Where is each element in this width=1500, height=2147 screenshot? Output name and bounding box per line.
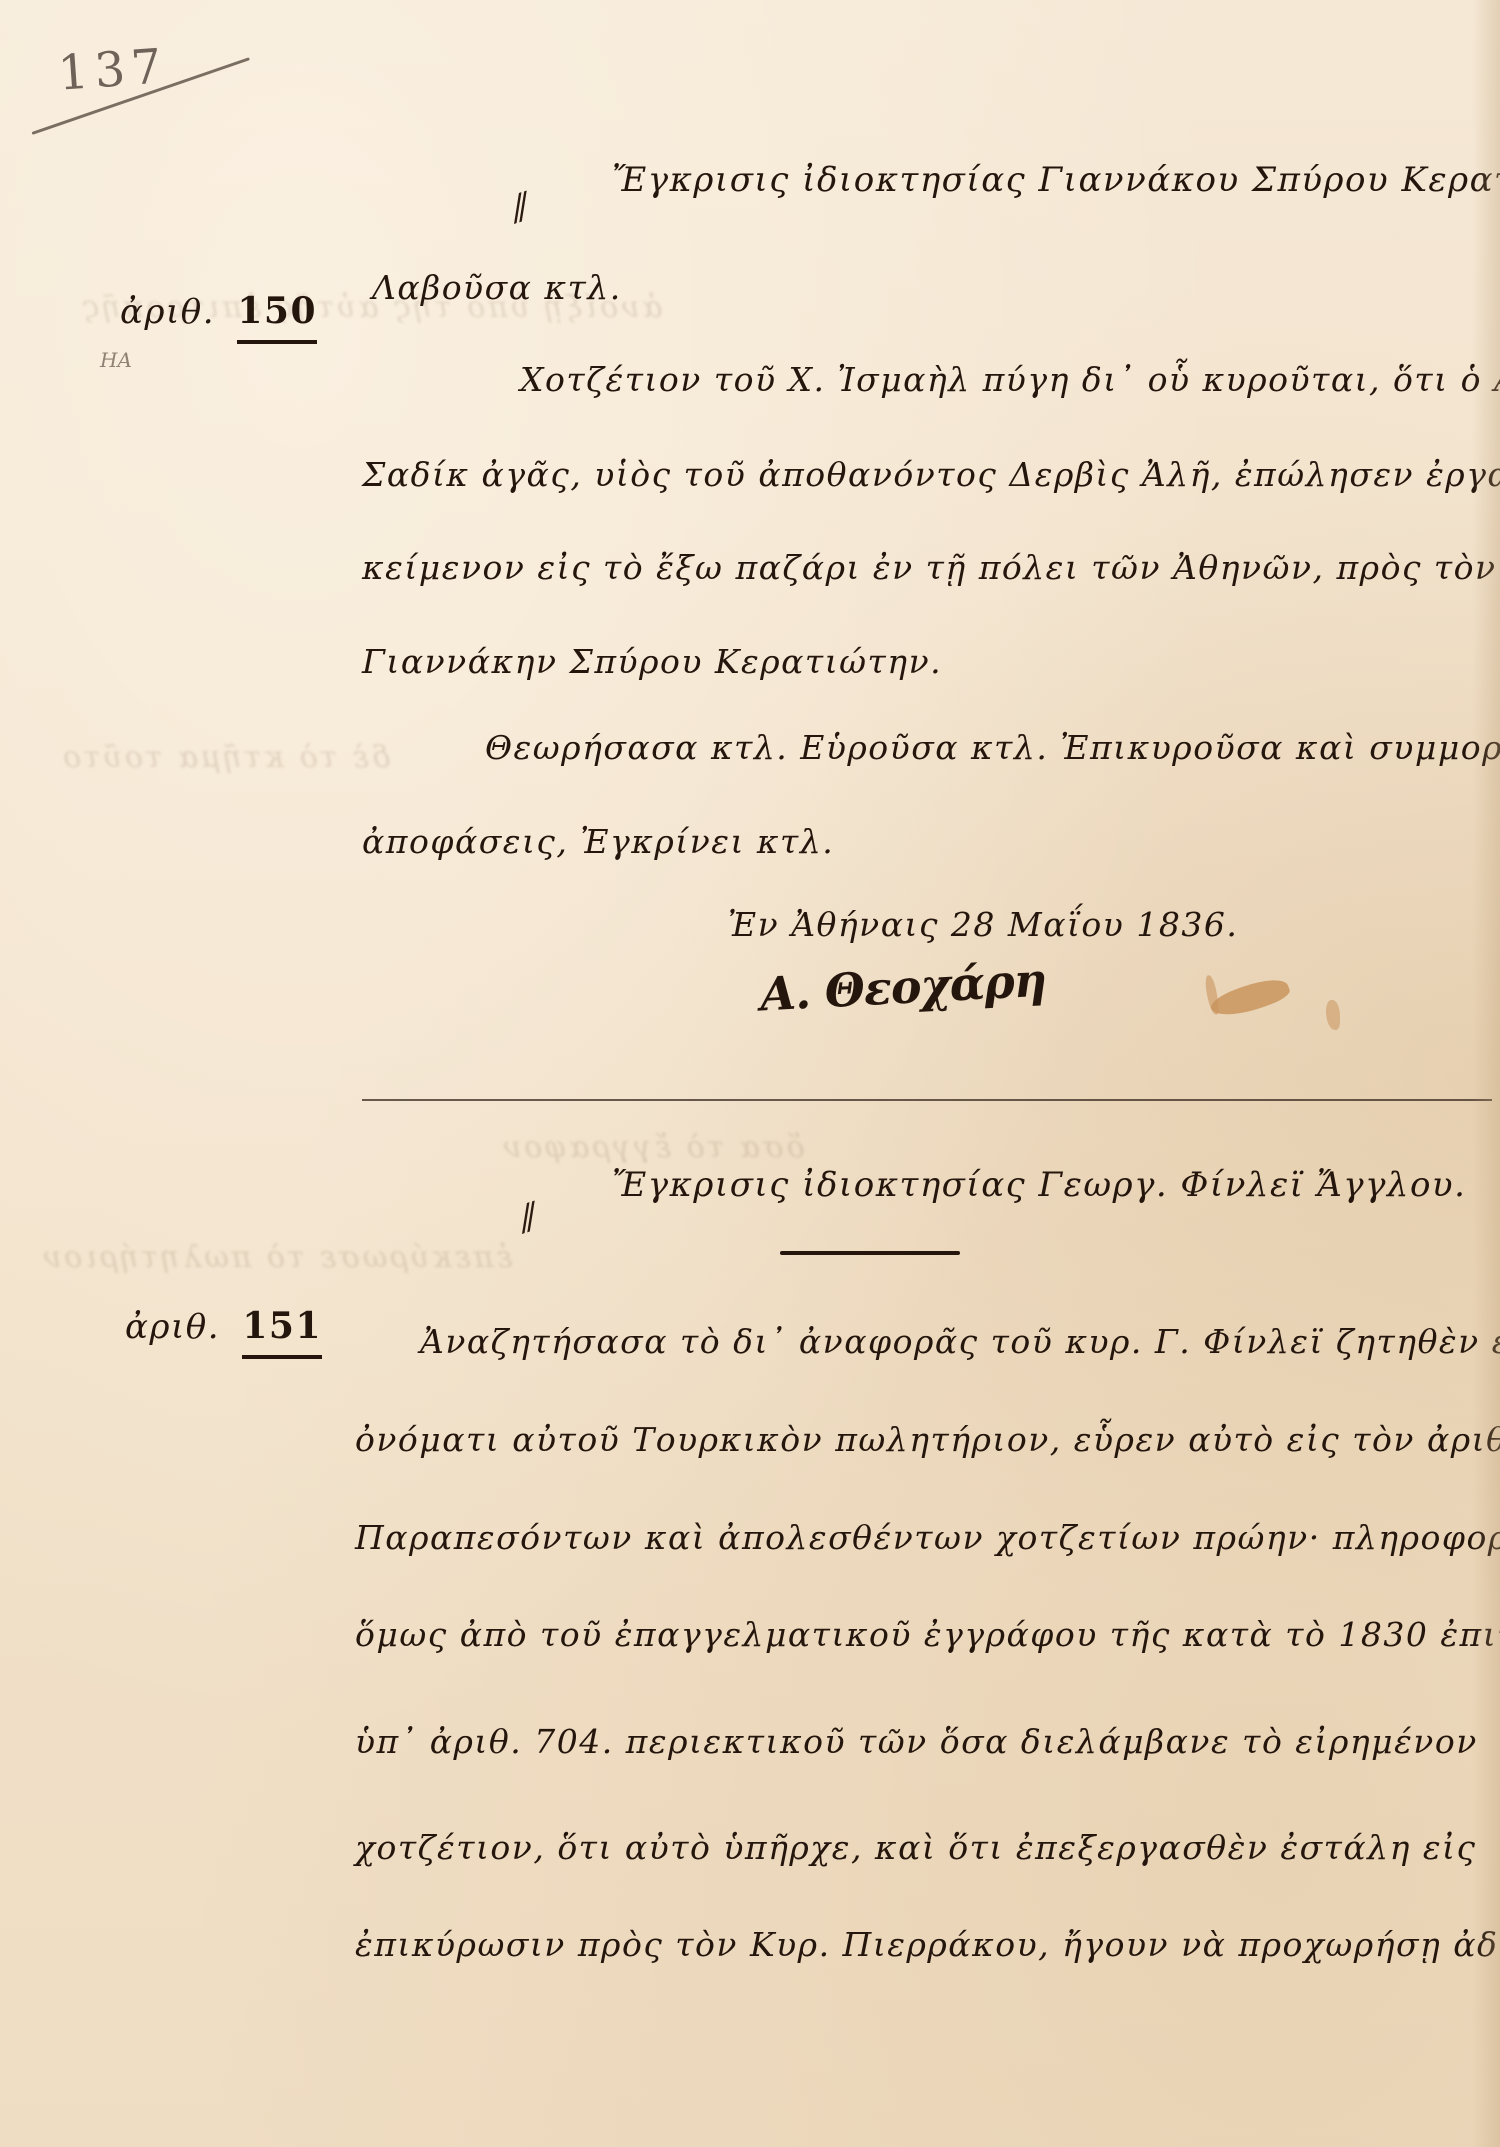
text-line: Γιαννάκην Σπύρου Κερατιώτην. bbox=[362, 642, 942, 681]
heading-underline bbox=[780, 1251, 960, 1255]
text-line: ὑπ᾽ ἀριθ. 704. περιεκτικοῦ τῶν ὅσα διελά… bbox=[355, 1722, 1478, 1761]
ink-stain bbox=[1204, 974, 1219, 1015]
section-marker-icon: // bbox=[514, 1197, 537, 1238]
text-line: Λαβοῦσα κτλ. bbox=[372, 268, 622, 307]
text-line: ὀνόματι αὐτοῦ Τουρκικὸν πωλητήριον, εὗρε… bbox=[355, 1420, 1500, 1459]
bleed-through-text: δὲ τὸ κτῆμα τοῦτο bbox=[60, 740, 390, 775]
bleed-through-text: ἐπεκύρωσε τὸ πωλητήριον bbox=[40, 1240, 513, 1275]
manuscript-page: ἀνοίξῃ ὑπὸ τῆς αὐτῆς ἐπιτροπῆς δὲ τὸ κτῆ… bbox=[0, 0, 1500, 2147]
ink-stain bbox=[1208, 972, 1292, 1024]
entry-heading: Ἔγκρισις ἰδιοκτησίας Γιαννάκου Σπύρου Κε… bbox=[612, 160, 1500, 200]
dateline: Ἐν Ἀθήναις 28 Μαΐου 1836. bbox=[728, 905, 1238, 944]
entry-heading: Ἔγκρισις ἰδιοκτησίας Γεωργ. Φίνλεϊ Ἄγγλο… bbox=[612, 1165, 1466, 1205]
ink-stain bbox=[1326, 1000, 1340, 1030]
text-line: Σαδίκ ἀγᾶς, υἱὸς τοῦ ἀποθανόντος Δερβὶς … bbox=[362, 455, 1500, 494]
text-line: Παραπεσόντων καὶ ἀπολεσθέντων χοτζετίων … bbox=[355, 1518, 1500, 1557]
entry-number-prefix: ἀριθ. bbox=[120, 292, 215, 332]
entry-number: 151 bbox=[242, 1305, 322, 1359]
text-line: Χοτζέτιον τοῦ Χ. Ἰσμαὴλ πύγη δι᾽ οὗ κυρο… bbox=[520, 360, 1500, 399]
text-line: ὅμως ἀπὸ τοῦ ἐπαγγελματικοῦ ἐγγράφου τῆς… bbox=[355, 1615, 1500, 1654]
entry-number: 150 bbox=[237, 290, 317, 344]
text-line: Ἀναζητήσασα τὸ δι᾽ ἀναφορᾶς τοῦ κυρ. Γ. … bbox=[420, 1322, 1500, 1361]
text-line: Θεωρήσασα κτλ. Εὑροῦσα κτλ. Ἐπικυροῦσα κ… bbox=[485, 728, 1500, 767]
section-divider bbox=[362, 1099, 1492, 1101]
section-marker-icon: // bbox=[506, 187, 529, 228]
signature: Α. Θεοχάρη bbox=[759, 953, 1048, 1022]
text-line: ἐπικύρωσιν πρὸς τὸν Κυρ. Πιερράκου, ἤγου… bbox=[355, 1925, 1500, 1964]
text-line: χοτζέτιον, ὅτι αὐτὸ ὑπῆρχε, καὶ ὅτι ἐπεξ… bbox=[355, 1828, 1476, 1867]
entry-number-label: ἀριθ. 151 bbox=[125, 1305, 322, 1359]
page-edge-shadow bbox=[1472, 0, 1500, 2147]
bleed-through-text: ὅσα τὸ ἔγγραφον bbox=[500, 1130, 805, 1165]
entry-number-label: ἀριθ. 150 bbox=[120, 290, 317, 344]
margin-annotation: ΗΑ bbox=[100, 348, 132, 372]
text-line: κείμενον εἰς τὸ ἔξω παζάρι ἐν τῇ πόλει τ… bbox=[362, 548, 1497, 587]
entry-number-prefix: ἀριθ. bbox=[125, 1307, 220, 1347]
text-line: ἀποφάσεις, Ἐγκρίνει κτλ. bbox=[362, 822, 834, 861]
